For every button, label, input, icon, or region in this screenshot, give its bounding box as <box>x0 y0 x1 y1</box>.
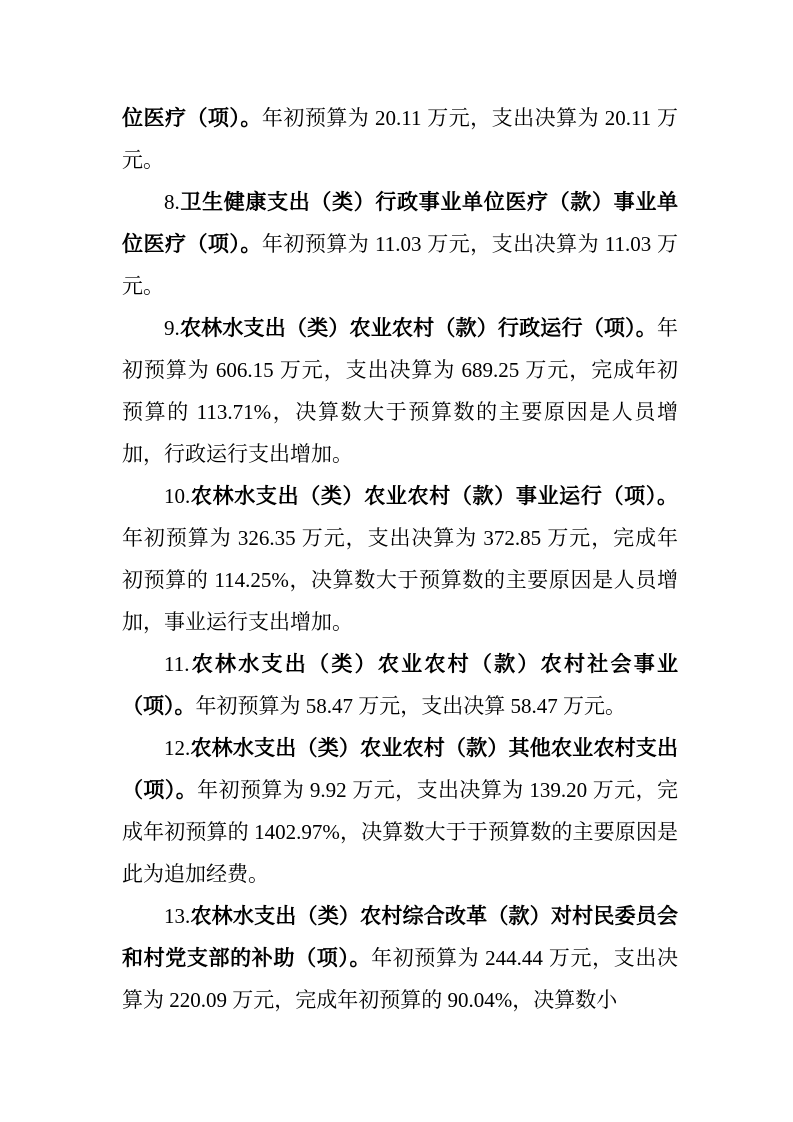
item-11-body-text: 年初预算为 58.47 万元，支出决算 58.47 万元。 <box>196 694 627 718</box>
item-13-number: 13. <box>164 904 190 928</box>
document-text-block: 位医疗（项）。年初预算为 20.11 万元，支出决算为 20.11 万元。 8.… <box>122 97 678 1021</box>
item-12-body-text: 年初预算为 9.92 万元，支出决算为 139.20 万元，完成年初预算的 14… <box>122 778 678 886</box>
paragraph-item-12: 12.农林水支出（类）农业农村（款）其他农业农村支出（项）。年初预算为 9.92… <box>122 727 678 895</box>
item-10-body-text: 年初预算为 326.35 万元，支出决算为 372.85 万元，完成年初预算的 … <box>122 526 678 634</box>
item-10-number: 10. <box>164 484 190 508</box>
paragraph-item-9: 9.农林水支出（类）农业农村（款）行政运行（项）。年初预算为 606.15 万元… <box>122 307 678 475</box>
item-9-heading: 农林水支出（类）农业农村（款）行政运行（项）。 <box>180 316 657 340</box>
paragraph-item-7-continuation: 位医疗（项）。年初预算为 20.11 万元，支出决算为 20.11 万元。 <box>122 97 678 181</box>
item-9-number: 9. <box>164 316 180 340</box>
item-8-number: 8. <box>164 190 180 214</box>
paragraph-item-10: 10.农林水支出（类）农业农村（款）事业运行（项）。年初预算为 326.35 万… <box>122 475 678 643</box>
item-12-number: 12. <box>164 736 190 760</box>
paragraph-item-13: 13.农林水支出（类）农村综合改革（款）对村民委员会和村党支部的补助（项）。年初… <box>122 895 678 1021</box>
item-10-heading: 农林水支出（类）农业农村（款）事业运行（项）。 <box>190 484 678 508</box>
document-page: 位医疗（项）。年初预算为 20.11 万元，支出决算为 20.11 万元。 8.… <box>0 0 793 1122</box>
item-7-heading-continuation: 位医疗（项）。 <box>122 106 262 130</box>
item-11-number: 11. <box>164 652 189 676</box>
paragraph-item-8: 8.卫生健康支出（类）行政事业单位医疗（款）事业单位医疗（项）。年初预算为 11… <box>122 181 678 307</box>
paragraph-item-11: 11.农林水支出（类）农业农村（款）农村社会事业（项）。年初预算为 58.47 … <box>122 643 678 727</box>
